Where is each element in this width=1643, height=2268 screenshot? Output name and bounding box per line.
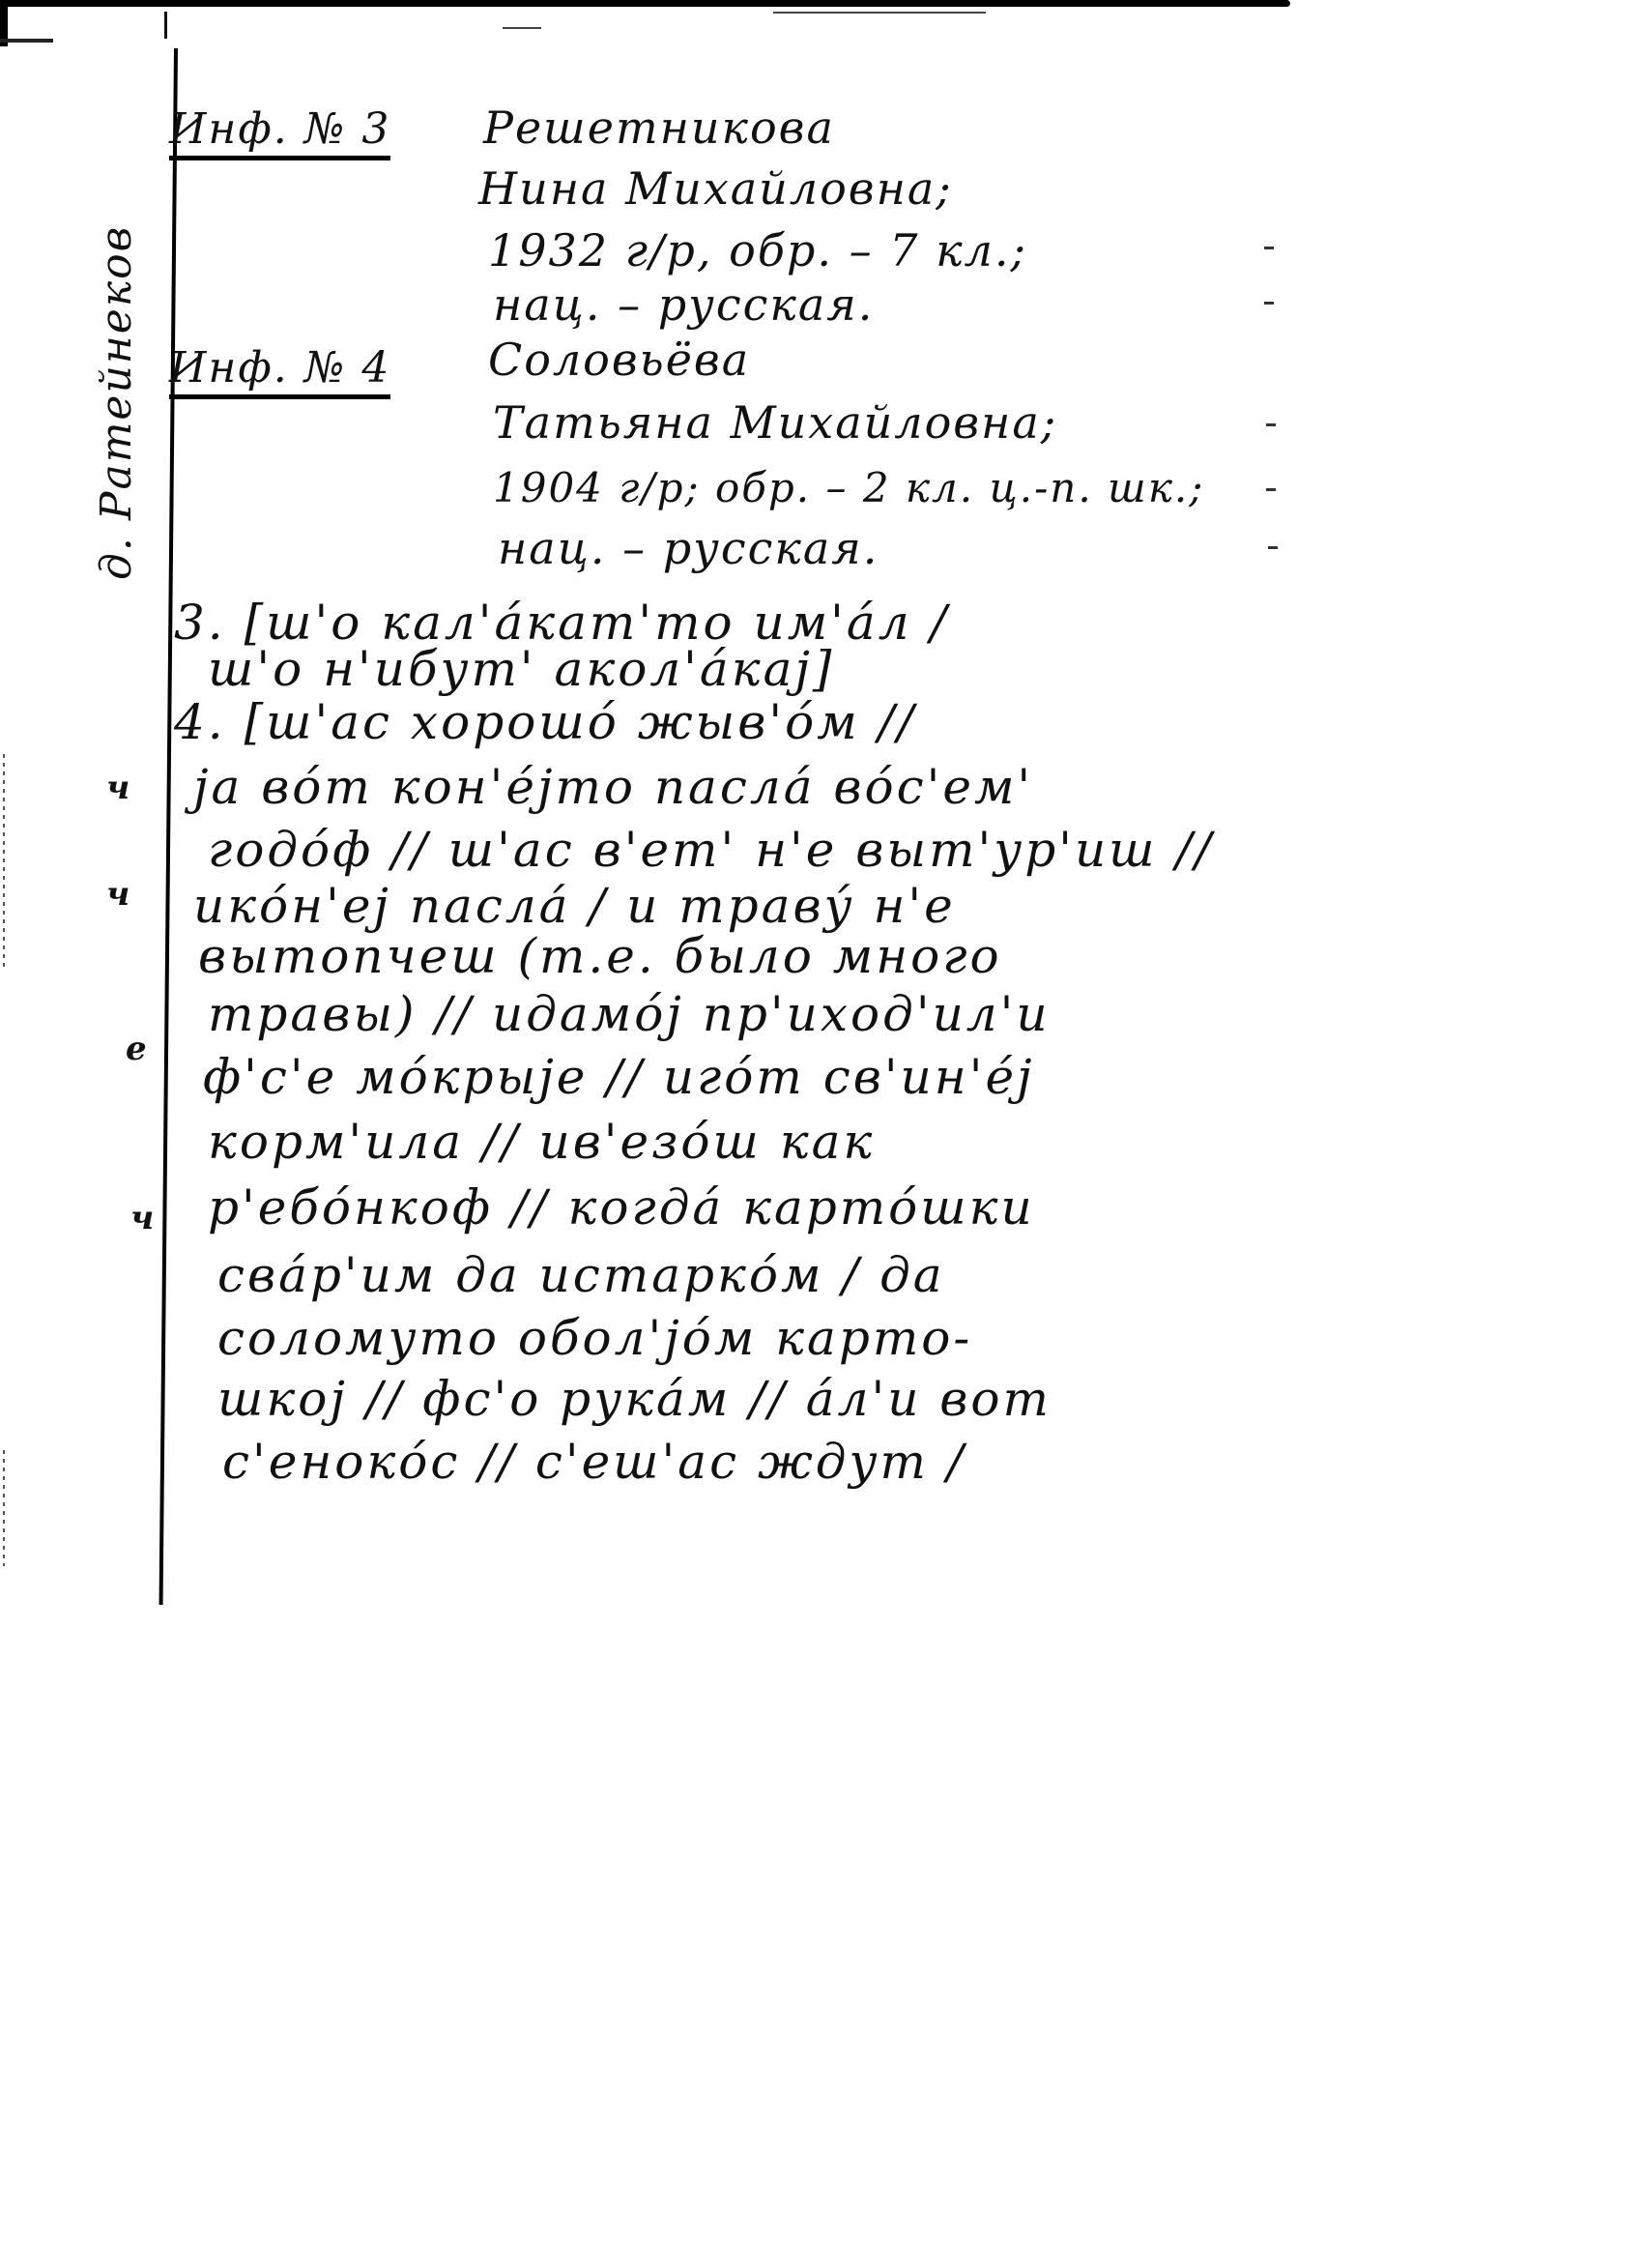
margin-mark: ч: [106, 769, 130, 807]
scan-dash: [773, 12, 986, 14]
margin-line: [159, 48, 178, 1605]
informant-3-name: Нина Михайловна;: [478, 162, 953, 215]
informant-3-nationality: нац. – русская.: [493, 278, 874, 331]
transcript-line: годóф // ш'ас в'ет' н'е выт'ур'иш //: [208, 822, 1214, 878]
informant-4-label: Инф. № 4: [169, 343, 390, 399]
informant-4-nationality: нац. – русская.: [498, 522, 879, 574]
transcript-line: корм'ила // ив'eзóш как: [208, 1114, 875, 1170]
transcript-line: икóн'еј пасла́ / и траву́ н'е: [193, 878, 956, 934]
binding-mark: [164, 12, 167, 39]
transcript-line: с'енокóс // с'еш'ас ждут /: [222, 1434, 966, 1490]
informant-3-birth-education: 1932 г/р, обр. – 7 кл.;: [488, 224, 1027, 276]
scan-speck: [1266, 488, 1276, 491]
transcript-line: шкој // фс'о рукáм // áл'и вот: [217, 1371, 1052, 1427]
transcript-line: свáр'им да истаркóм / да: [217, 1247, 945, 1303]
transcript-line: ф'с'е мóкрыје // игóт св'ин'éј: [203, 1049, 1035, 1105]
informant-3-surname: Решетникова: [483, 102, 835, 154]
margin-note-village: д. Ратейнеков: [92, 174, 150, 580]
scan-speck: [1264, 247, 1274, 249]
scan-speck: [1264, 302, 1274, 305]
transcript-line: 4. [ш'ас хорошó жыв'óм //: [174, 694, 916, 750]
informant-3-label: Инф. № 3: [169, 104, 390, 160]
scan-corner-tick: [0, 39, 53, 43]
margin-mark: е: [126, 1030, 147, 1068]
transcript-line: соломуто обол'јóм карто-: [217, 1310, 972, 1366]
informant-4-name: Татьяна Михайловна;: [493, 396, 1057, 449]
scan-edge-dots: [3, 1450, 5, 1566]
transcript-line: р'ебóнкоф // когдá картóшки: [208, 1179, 1035, 1236]
transcript-line: травы) // идамóј пр'иход'ил'и: [208, 986, 1051, 1042]
margin-mark: ч: [130, 1199, 154, 1237]
margin-mark: ч: [106, 875, 130, 914]
transcript-line: ш'о н'ибут' акол'áкај]: [208, 641, 834, 697]
informant-4-birth-education: 1904 г/р; обр. – 2 кл. ц.-п. шк.;: [493, 464, 1204, 511]
scan-speck: [1266, 423, 1276, 426]
transcript-line: ја вóт кон'éјто пасла́ вóс'ем': [193, 759, 1033, 815]
scan-top-border: [0, 0, 1290, 7]
informant-4-surname: Соловьёва: [488, 334, 750, 386]
scan-edge-dots: [3, 754, 5, 967]
scan-dash: [503, 27, 541, 29]
transcript-line: вытопчеш (т.е. было много: [198, 928, 1002, 984]
scan-speck: [1268, 546, 1278, 549]
